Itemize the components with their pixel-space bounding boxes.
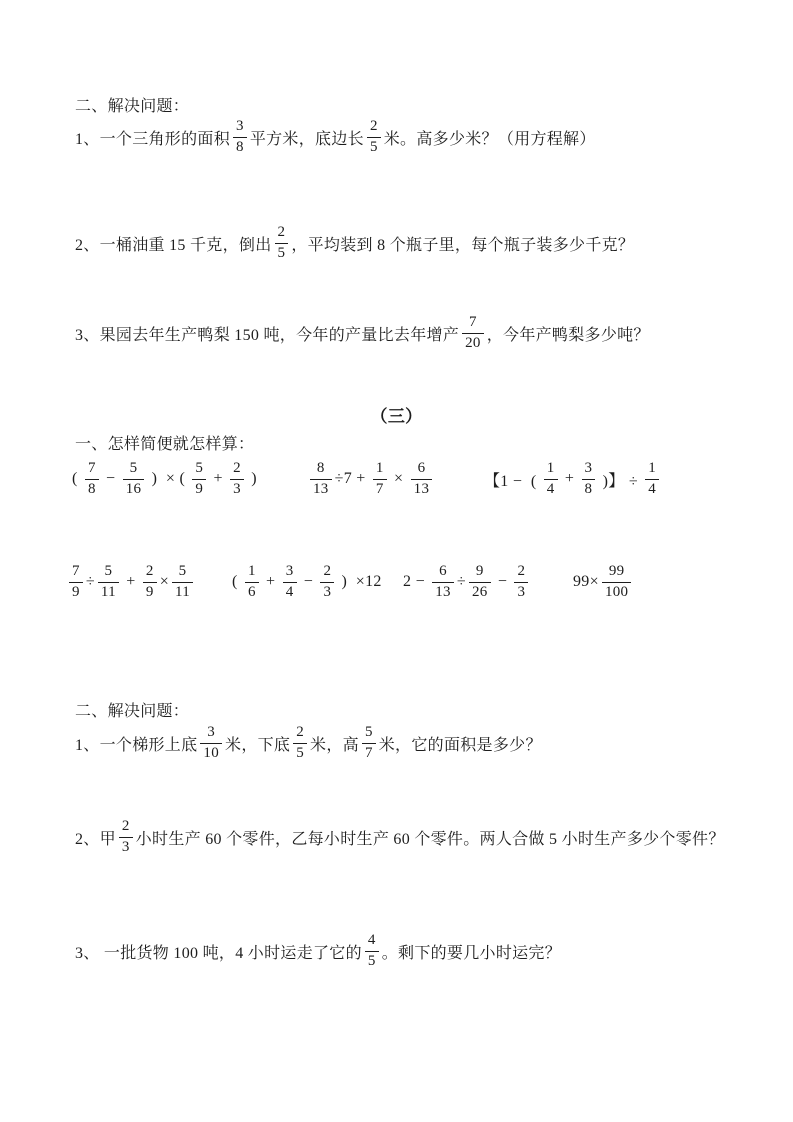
fraction-numerator: 2 — [367, 119, 381, 137]
fraction-numerator: 1 — [645, 461, 659, 479]
fraction: 16 — [245, 564, 259, 601]
math-text: 1、一个三角形的面积 — [75, 126, 230, 149]
math-text: ) — [247, 470, 257, 488]
math-text: 1、一个梯形上底 — [75, 732, 197, 755]
math-text: 米，高 — [310, 732, 359, 755]
fraction: 45 — [365, 933, 379, 970]
math-text: 99× — [573, 573, 599, 591]
fraction: 23 — [320, 564, 334, 601]
fraction: 926 — [469, 564, 491, 601]
exercise-6: 2 − 613÷926 − 23 — [403, 557, 531, 607]
exercise-1: ( 78 − 516 ) × ( 59 + 23 ) — [72, 454, 257, 504]
math-text: 米，下底 — [225, 732, 290, 755]
math-text: 2、一桶油重 15 千克，倒出 — [75, 232, 272, 255]
math-text: + — [209, 470, 227, 488]
math-text: 平方米，底边长 — [250, 126, 364, 149]
fraction-denominator: 8 — [85, 479, 99, 498]
fraction-numerator: 5 — [102, 564, 116, 582]
math-text: 3、 一批货物 100 吨，4 小时运走了它的 — [75, 940, 362, 963]
fraction-numerator: 2 — [119, 819, 133, 837]
fraction-numerator: 5 — [192, 461, 206, 479]
math-text: × — [160, 573, 169, 591]
fraction: 38 — [582, 461, 596, 498]
worksheet-page: 二、解决问题： 1、一个三角形的面积38平方米，底边长25米。高多少米？（用方程… — [0, 0, 793, 1122]
fraction-denominator: 4 — [645, 479, 659, 498]
fraction: 310 — [200, 725, 222, 762]
problem-a1: 1、一个三角形的面积38平方米，底边长25米。高多少米？（用方程解） — [75, 112, 596, 162]
exercise-3: 【1 − ( 14 + 38 )】 ÷ 14 — [484, 454, 662, 504]
fraction-numerator: 2 — [293, 725, 307, 743]
fraction-denominator: 5 — [365, 951, 379, 970]
fraction: 99100 — [602, 564, 631, 601]
fraction: 511 — [172, 564, 193, 601]
math-text: ，今年产鸭梨多少吨？ — [487, 322, 650, 345]
fraction-numerator: 7 — [85, 461, 99, 479]
math-text: ÷ — [457, 573, 466, 591]
fraction-denominator: 6 — [245, 582, 259, 601]
fraction: 813 — [310, 461, 332, 498]
fraction-denominator: 4 — [283, 582, 297, 601]
math-text: − — [102, 470, 120, 488]
math-text: 米，它的面积是多少？ — [379, 732, 542, 755]
fraction-numerator: 3 — [582, 461, 596, 479]
fraction: 14 — [645, 461, 659, 498]
math-text: ( — [72, 470, 82, 488]
fraction-denominator: 100 — [602, 582, 631, 601]
fraction: 14 — [544, 461, 558, 498]
fraction-numerator: 5 — [362, 725, 376, 743]
fraction-denominator: 11 — [98, 582, 119, 601]
math-text: 【1 − ( — [484, 468, 541, 491]
math-text: − — [300, 573, 318, 591]
fraction: 25 — [275, 225, 289, 262]
fraction: 25 — [367, 119, 381, 156]
fraction: 17 — [373, 461, 387, 498]
fraction-denominator: 5 — [367, 137, 381, 156]
fraction-numerator: 7 — [69, 564, 83, 582]
fraction-denominator: 10 — [200, 743, 222, 762]
fraction: 29 — [143, 564, 157, 601]
fraction-denominator: 3 — [514, 582, 528, 601]
math-text: ÷ — [86, 573, 95, 591]
fraction-denominator: 13 — [411, 479, 433, 498]
fraction: 38 — [233, 119, 247, 156]
math-text: 2 − — [403, 573, 429, 591]
problem-a2: 2、一桶油重 15 千克，倒出25，平均装到 8 个瓶子里，每个瓶子装多少千克？ — [75, 218, 634, 268]
exercise-2: 813÷7 + 17 × 613 — [307, 454, 435, 504]
fraction: 23 — [119, 819, 133, 856]
math-text: + — [262, 573, 280, 591]
fraction: 59 — [192, 461, 206, 498]
exercise-5: ( 16 + 34 − 23 ) ×12 — [232, 557, 382, 607]
fraction-numerator: 7 — [466, 315, 480, 333]
fraction-denominator: 16 — [123, 479, 145, 498]
fraction-denominator: 7 — [373, 479, 387, 498]
fraction-denominator: 9 — [69, 582, 83, 601]
math-text: ) ×12 — [337, 573, 381, 591]
section-b-header: 一、怎样简便就怎样算： — [75, 431, 254, 454]
fraction: 79 — [69, 564, 83, 601]
fraction-denominator: 3 — [119, 837, 133, 856]
fraction-denominator: 9 — [143, 582, 157, 601]
fraction-denominator: 7 — [362, 743, 376, 762]
part-three-title: （三） — [0, 402, 793, 427]
fraction: 57 — [362, 725, 376, 762]
fraction-denominator: 13 — [432, 582, 454, 601]
problem-a3: 3、果园去年生产鸭梨 150 吨，今年的产量比去年增产720，今年产鸭梨多少吨？ — [75, 308, 650, 358]
fraction: 34 — [283, 564, 297, 601]
fraction-numerator: 3 — [283, 564, 297, 582]
math-text: )】 ÷ — [598, 468, 642, 491]
fraction-denominator: 9 — [192, 479, 206, 498]
fraction-numerator: 2 — [514, 564, 528, 582]
problem-c3: 3、 一批货物 100 吨，4 小时运走了它的45。剩下的要几小时运完？ — [75, 926, 561, 976]
fraction-numerator: 5 — [127, 461, 141, 479]
fraction-denominator: 4 — [544, 479, 558, 498]
math-text: + — [122, 573, 140, 591]
fraction-numerator: 1 — [544, 461, 558, 479]
fraction-numerator: 1 — [373, 461, 387, 479]
fraction-denominator: 5 — [293, 743, 307, 762]
math-text: 3、果园去年生产鸭梨 150 吨，今年的产量比去年增产 — [75, 322, 459, 345]
fraction-numerator: 2 — [143, 564, 157, 582]
fraction-numerator: 3 — [233, 119, 247, 137]
fraction-denominator: 20 — [462, 333, 484, 352]
exercise-4: 79÷511 + 29×511 — [66, 557, 196, 607]
fraction-denominator: 13 — [310, 479, 332, 498]
math-text: ( — [232, 573, 242, 591]
fraction-numerator: 1 — [245, 564, 259, 582]
math-text: ，平均装到 8 个瓶子里，每个瓶子装多少千克？ — [291, 232, 634, 255]
fraction-numerator: 5 — [176, 564, 190, 582]
math-text: 米。高多少米？（用方程解） — [384, 126, 596, 149]
fraction-denominator: 8 — [582, 479, 596, 498]
fraction-numerator: 6 — [436, 564, 450, 582]
fraction: 25 — [293, 725, 307, 762]
math-text: 小时生产 60 个零件，乙每小时生产 60 个零件。两人合做 5 小时生产多少个… — [136, 826, 725, 849]
math-text: − — [494, 573, 512, 591]
fraction-numerator: 2 — [320, 564, 334, 582]
fraction: 613 — [432, 564, 454, 601]
fraction: 613 — [411, 461, 433, 498]
math-text: × — [390, 470, 408, 488]
exercise-7: 99×99100 — [573, 557, 634, 607]
problem-c2: 2、甲23小时生产 60 个零件，乙每小时生产 60 个零件。两人合做 5 小时… — [75, 812, 725, 862]
fraction-denominator: 3 — [320, 582, 334, 601]
fraction: 511 — [98, 564, 119, 601]
fraction-numerator: 2 — [275, 225, 289, 243]
fraction-numerator: 6 — [415, 461, 429, 479]
problem-c1: 1、一个梯形上底310米，下底25米，高57米，它的面积是多少？ — [75, 718, 542, 768]
math-text: ÷7 + — [335, 470, 370, 488]
math-text: 。剩下的要几小时运完？ — [382, 940, 561, 963]
fraction-numerator: 4 — [365, 933, 379, 951]
fraction-denominator: 3 — [230, 479, 244, 498]
fraction-numerator: 9 — [473, 564, 487, 582]
fraction-denominator: 8 — [233, 137, 247, 156]
fraction: 78 — [85, 461, 99, 498]
fraction: 23 — [230, 461, 244, 498]
math-text: 2、甲 — [75, 826, 116, 849]
fraction-numerator: 2 — [230, 461, 244, 479]
fraction-numerator: 8 — [314, 461, 328, 479]
math-text: + — [561, 470, 579, 488]
fraction: 720 — [462, 315, 484, 352]
fraction: 23 — [514, 564, 528, 601]
fraction-denominator: 11 — [172, 582, 193, 601]
fraction-denominator: 26 — [469, 582, 491, 601]
math-text: ) × ( — [147, 470, 189, 488]
fraction-denominator: 5 — [275, 243, 289, 262]
fraction: 516 — [123, 461, 145, 498]
fraction-numerator: 99 — [606, 564, 628, 582]
fraction-numerator: 3 — [204, 725, 218, 743]
